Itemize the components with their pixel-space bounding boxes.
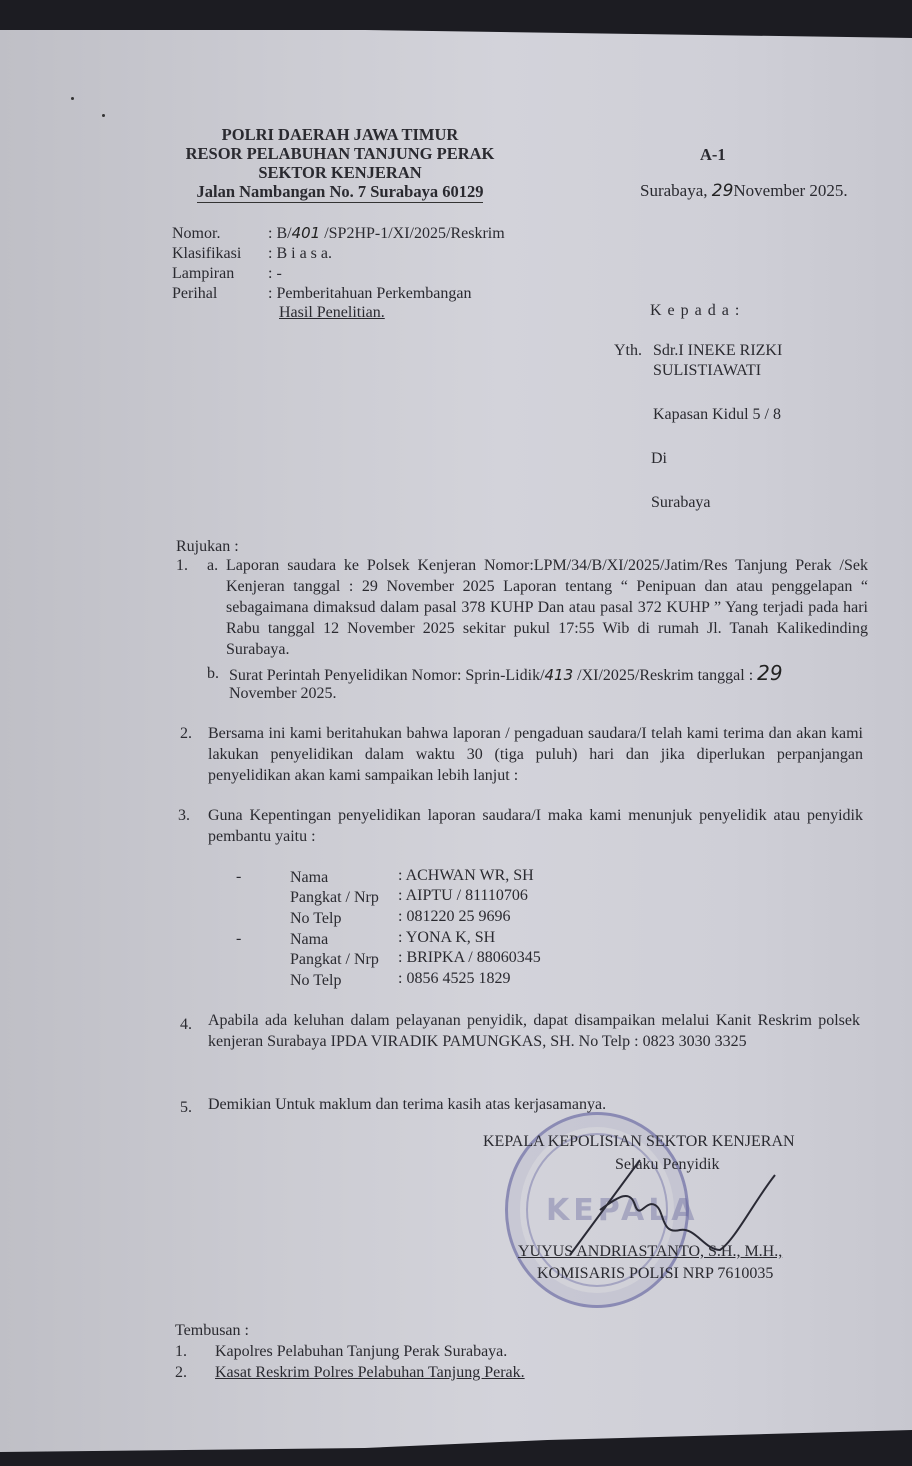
place-date: Surabaya, 29November 2025. <box>640 180 848 202</box>
perihal-value-1: : Pemberitahuan Perkembangan <box>268 283 472 304</box>
lampiran-label: Lampiran <box>172 263 234 284</box>
speck <box>102 114 105 117</box>
tembusan-label: Tembusan : <box>175 1320 249 1341</box>
item-2-text: Bersama ini kami beritahukan bahwa lapor… <box>208 723 863 786</box>
nama-label: Nama <box>290 929 328 950</box>
yth-label: Yth. <box>614 340 642 361</box>
handwritten-number: 401 <box>292 224 321 242</box>
recipient-address: Kapasan Kidul 5 / 8 <box>653 404 781 425</box>
signatory-rank: KOMISARIS POLISI NRP 7610035 <box>537 1263 773 1284</box>
letterhead-line-2: RESOR PELABUHAN TANJUNG PERAK <box>170 144 510 163</box>
handwritten-sprin-date: 29 <box>757 661 782 685</box>
klasifikasi-value: : B i a s a. <box>268 243 332 264</box>
nama-value: : ACHWAN WR, SH <box>398 865 534 886</box>
pangkat-value: : AIPTU / 81110706 <box>398 885 528 906</box>
nama-label: Nama <box>290 867 328 888</box>
pangkat-label: Pangkat / Nrp <box>290 887 379 908</box>
pangkat-label: Pangkat / Nrp <box>290 949 379 970</box>
letterhead: POLRI DAERAH JAWA TIMUR RESOR PELABUHAN … <box>170 125 510 203</box>
item-5-number: 5. <box>180 1097 192 1118</box>
tembusan-1-text: Kapolres Pelabuhan Tanjung Perak Surabay… <box>215 1341 507 1362</box>
nomor-label: Nomor. <box>172 223 220 244</box>
rujukan-label: Rujukan : <box>176 536 239 557</box>
item-4-text: Apabila ada keluhan dalam pelayanan peny… <box>208 1010 860 1052</box>
item-3-text: Guna Kepentingan penyelidikan laporan sa… <box>208 805 863 847</box>
lampiran-value: : - <box>268 263 282 284</box>
telp-value: : 081220 25 9696 <box>398 906 510 927</box>
recipient-name-2: SULISTIAWATI <box>653 360 761 381</box>
perihal-value-2: Hasil Penelitian. <box>279 302 385 323</box>
pangkat-value: : BRIPKA / 88060345 <box>398 947 541 968</box>
handwritten-day: 29 <box>712 181 734 201</box>
item-5-text: Demikian Untuk maklum dan terima kasih a… <box>208 1094 606 1115</box>
tembusan-1-number: 1. <box>175 1341 187 1362</box>
item-1b-label: b. <box>207 663 219 684</box>
recipient-city: Surabaya <box>651 492 711 513</box>
kepada-label: K e p a d a : <box>650 300 740 321</box>
telp-label: No Telp <box>290 970 341 991</box>
perihal-label: Perihal <box>172 283 217 304</box>
recipient-name-1: Sdr.I INEKE RIZKI <box>653 340 782 361</box>
letterhead-address: Jalan Nambangan No. 7 Surabaya 60129 <box>197 182 484 203</box>
item-3-number: 3. <box>178 805 190 826</box>
telp-value: : 0856 4525 1829 <box>398 968 510 989</box>
letterhead-line-3: SEKTOR KENJERAN <box>170 163 510 182</box>
signatory-name: YUYUS ANDRIASTANTO, S.H., M.H., <box>518 1241 782 1262</box>
tembusan-2-text: Kasat Reskrim Polres Pelabuhan Tanjung P… <box>215 1362 525 1383</box>
form-code: A-1 <box>700 145 726 164</box>
signatory-title: KEPALA KEPOLISIAN SEKTOR KENJERAN <box>483 1131 795 1152</box>
nama-value: : YONA K, SH <box>398 927 495 948</box>
item-2-number: 2. <box>180 723 192 744</box>
item-4-number: 4. <box>180 1014 192 1035</box>
nomor-value: : B/401 /SP2HP-1/XI/2025/Reskrim <box>268 223 505 244</box>
letterhead-line-1: POLRI DAERAH JAWA TIMUR <box>170 125 510 144</box>
dash: - <box>236 928 241 949</box>
item-1a-label: a. <box>207 555 218 576</box>
speck <box>71 97 74 100</box>
item-1-number: 1. <box>176 555 188 576</box>
item-1a-text: Laporan saudara ke Polsek Kenjeran Nomor… <box>226 555 868 660</box>
telp-label: No Telp <box>290 908 341 929</box>
dash: - <box>236 866 241 887</box>
recipient-di: Di <box>651 448 667 469</box>
klasifikasi-label: Klasifikasi <box>172 243 241 264</box>
handwritten-sprin-number: 413 <box>545 666 574 684</box>
tembusan-2-number: 2. <box>175 1362 187 1383</box>
item-1b-date-suffix: November 2025. <box>229 683 337 704</box>
